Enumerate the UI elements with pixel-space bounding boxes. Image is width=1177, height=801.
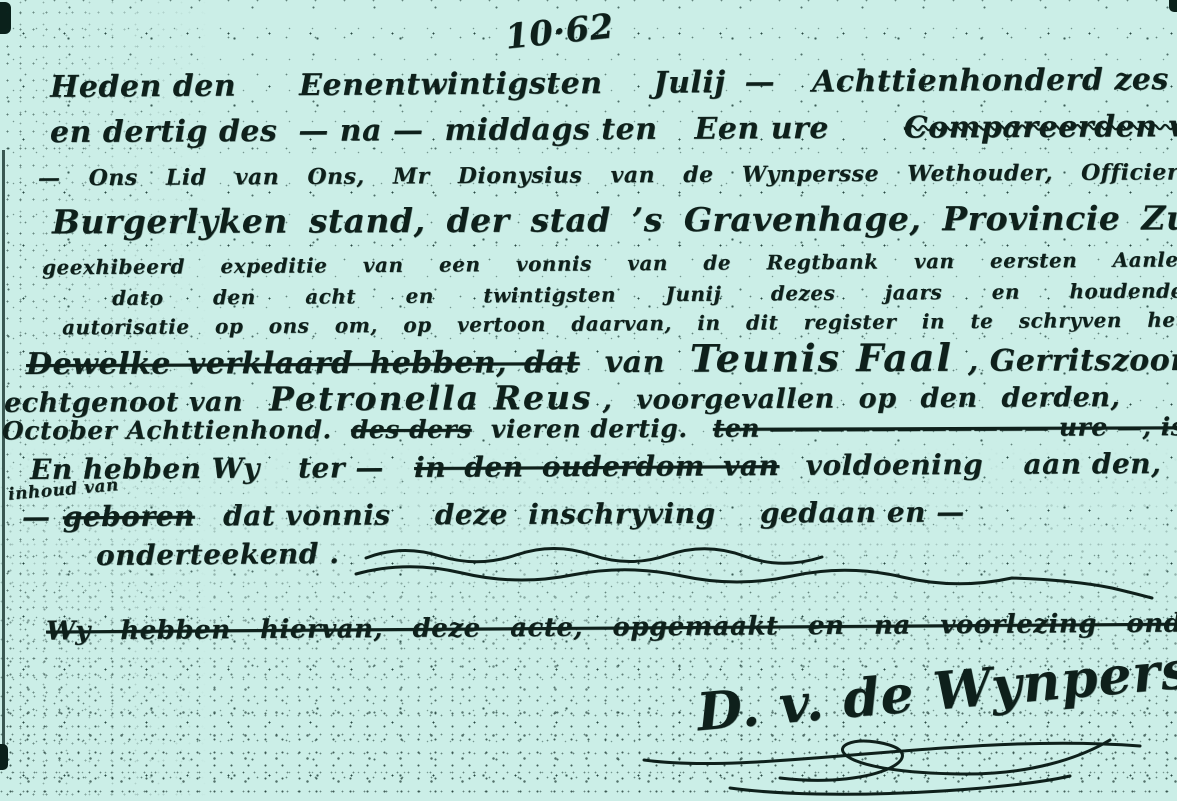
flourish-wave-2 xyxy=(352,558,1162,602)
text-van: van xyxy=(605,345,665,380)
text-month: Julij xyxy=(653,65,725,101)
text-en-dertig: en dertig des xyxy=(50,114,278,150)
struck-geboren: geboren xyxy=(63,500,195,534)
line-date-heading: Heden den Eenentwintigsten Julij — Achtt… xyxy=(50,62,1169,105)
text-echtgenoot: echtgenoot van xyxy=(4,387,243,419)
struck-dewelke: Dewelke verklaard hebben, dat xyxy=(26,345,580,382)
line-vonnis-inschryving: — geboren dat vonnis deze inschryving ge… xyxy=(22,496,965,534)
act-number-text: 10·62 xyxy=(503,6,616,57)
deceased-name: Teunis Faal xyxy=(690,335,953,381)
text-city-province: Burgerlyken stand, der stad ’s Gravenhag… xyxy=(52,198,1177,242)
struck-des-ders: des ders xyxy=(351,415,472,444)
line-marginal-vonnis-2: dato den acht en twintigsten Junij dezes… xyxy=(112,278,1177,310)
line-death-date: October Achttienhond. des ders vieren de… xyxy=(2,412,1177,446)
text-day: Eenentwintigsten xyxy=(299,66,603,103)
struck-closing: Wy hebben hiervan, deze acte, opgemaakt … xyxy=(46,608,1177,647)
text-voldoening: voldoening xyxy=(806,448,984,482)
line-time-compareerden: en dertig des — na — middags ten Een ure… xyxy=(50,109,1177,150)
flourish-wave-1 xyxy=(362,540,832,570)
text-onderteekend: onderteekend . xyxy=(96,537,340,572)
dash: — xyxy=(22,500,51,533)
dash: — xyxy=(744,65,775,100)
line-official-name: — Ons Lid van Ons, Mr Dionysius van de W… xyxy=(38,159,1177,192)
line-onderteekend: onderteekend . xyxy=(96,537,340,572)
struck-ten-ure-overleden: ten ——————————— ure —, is overleden xyxy=(713,412,1177,443)
signature-official: D. v. de Wynpersse xyxy=(694,634,1177,744)
text-official: — Ons Lid van Ons, Mr Dionysius van de W… xyxy=(38,159,1177,192)
text-dat-vonnis: dat vonnis xyxy=(223,499,391,533)
text-een-ure: Een ure xyxy=(694,111,829,147)
ink-blot-bottom-left xyxy=(0,744,8,770)
line-voldoening: En hebben Wy ter — in den ouderdom van v… xyxy=(30,447,1162,486)
ink-blot-top-left xyxy=(0,2,11,34)
scan-edge-line xyxy=(2,150,5,750)
text-aan-den: aan den, xyxy=(1023,447,1161,481)
text-october: October Achttienhond. xyxy=(2,415,332,445)
line-marginal-vonnis-1: geexhibeerd expeditie van een vonnis van… xyxy=(42,247,1177,280)
text-vonnis-1: geexhibeerd expeditie van een vonnis van… xyxy=(42,247,1177,280)
text-patronym: , Gerritszoon, xyxy=(968,343,1177,379)
scanned-death-record-page: 10·62 Heden den Eenentwintigsten Julij —… xyxy=(0,0,1177,801)
text-vieren-dertig: vieren dertig. xyxy=(491,414,688,444)
struck-ouderdom: in den ouderdom van xyxy=(414,449,779,484)
spouse-name: Petronella Reus xyxy=(269,378,593,419)
dash-na: — na — xyxy=(298,113,423,149)
text-ter: ter — xyxy=(298,451,384,484)
act-number: 10·62 xyxy=(503,6,616,57)
text-middags: middags ten xyxy=(444,112,657,148)
text-inschryving: deze inschryving xyxy=(435,497,716,531)
struck-compareerden: Compareerden voor xyxy=(904,109,1177,146)
text-heden-den: Heden den xyxy=(50,69,236,105)
line-city-province: Burgerlyken stand, der stad ’s Gravenhag… xyxy=(52,198,1177,242)
text-vonnis-2: dato den acht en twintigsten Junij dezes… xyxy=(112,278,1177,310)
line-closing-struck: Wy hebben hiervan, deze acte, opgemaakt … xyxy=(46,608,1177,647)
signature-text: D. v. de Wynpersse xyxy=(694,634,1177,744)
text-voorgevallen: , voorgevallen op den derden, xyxy=(602,382,1120,416)
text-year: Achttienhonderd zes xyxy=(812,62,1169,99)
ink-blot-top-right xyxy=(1169,0,1177,12)
text-gedaan-en: gedaan en — xyxy=(760,496,965,530)
